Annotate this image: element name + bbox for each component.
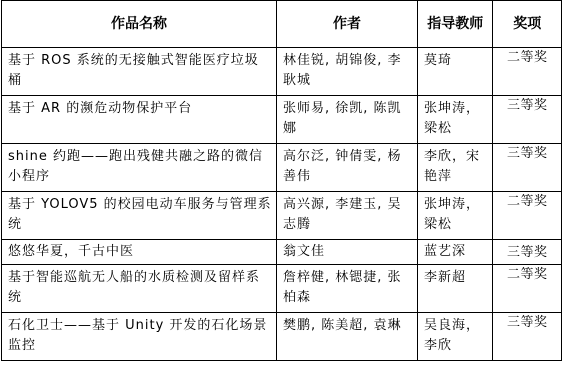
advisors-text: 张坤涛，梁松: [418, 96, 493, 139]
table-row: shine 约跑——跑出残健共融之路的微信小程序 高尔泛, 钟倩雯, 杨善伟 李…: [2, 144, 562, 192]
award-text: 三等奖: [493, 96, 561, 117]
authors-text: 樊鹏, 陈美超, 袁琳: [277, 313, 417, 336]
cell-award: 三等奖: [493, 144, 562, 192]
header-title: 作品名称: [2, 1, 277, 48]
header-authors: 作者: [276, 1, 417, 48]
cell-advisors: 莫琦: [417, 48, 493, 96]
cell-advisors: 张坤涛，梁松: [417, 96, 493, 144]
table-row: 基于 YOLOV5 的校园电动车服务与管理系统 高兴源, 李建玉, 吴志腾 张坤…: [2, 192, 562, 240]
cell-title: 基于智能巡航无人船的水质检测及留样系统: [2, 265, 277, 313]
award-text: 二等奖: [493, 192, 561, 213]
award-text: 三等奖: [493, 313, 561, 334]
cell-advisors: 吴良海，李欣: [417, 313, 493, 361]
authors-text: 翁文佳: [277, 240, 417, 262]
cell-authors: 樊鹏, 陈美超, 袁琳: [276, 313, 417, 361]
title-text: 基于 YOLOV5 的校园电动车服务与管理系统: [2, 192, 276, 235]
award-text: 二等奖: [493, 48, 561, 69]
cell-title: 基于 AR 的濒危动物保护平台: [2, 96, 277, 144]
header-row: 作品名称 作者 指导教师 奖项: [2, 1, 562, 48]
title-text: 基于智能巡航无人船的水质检测及留样系统: [2, 265, 276, 308]
cell-authors: 高尔泛, 钟倩雯, 杨善伟: [276, 144, 417, 192]
title-text: 石化卫士——基于 Unity 开发的石化场景监控: [2, 313, 276, 356]
cell-advisors: 李欣，宋艳萍: [417, 144, 493, 192]
cell-award: 二等奖: [493, 265, 562, 313]
advisors-text: 莫琦: [418, 48, 493, 71]
award-text: 二等奖: [493, 265, 561, 286]
table-row: 基于 ROS 系统的无接触式智能医疗垃圾桶 林佳锐, 胡锦俊, 李耿城 莫琦 二…: [2, 48, 562, 96]
advisors-text: 李欣，宋艳萍: [418, 144, 493, 187]
title-text: shine 约跑——跑出残健共融之路的微信小程序: [2, 144, 276, 187]
award-text: 三等奖: [493, 241, 561, 264]
advisors-text: 李新超: [418, 265, 493, 288]
cell-authors: 张师易, 徐凯, 陈凯娜: [276, 96, 417, 144]
cell-advisors: 李新超: [417, 265, 493, 313]
header-award: 奖项: [493, 1, 562, 48]
cell-award: 三等奖: [493, 240, 562, 265]
advisors-text: 蓝艺深: [418, 240, 493, 262]
advisors-text: 吴良海，李欣: [418, 313, 493, 356]
authors-text: 詹梓健, 林锶捷, 张柏森: [277, 265, 417, 308]
authors-text: 高尔泛, 钟倩雯, 杨善伟: [277, 144, 417, 187]
authors-text: 高兴源, 李建玉, 吴志腾: [277, 192, 417, 235]
cell-authors: 翁文佳: [276, 240, 417, 265]
title-text: 基于 AR 的濒危动物保护平台: [2, 96, 276, 119]
cell-award: 二等奖: [493, 192, 562, 240]
award-text: 三等奖: [493, 144, 561, 165]
authors-text: 张师易, 徐凯, 陈凯娜: [277, 96, 417, 139]
authors-text: 林佳锐, 胡锦俊, 李耿城: [277, 48, 417, 91]
table-row: 基于智能巡航无人船的水质检测及留样系统 詹梓健, 林锶捷, 张柏森 李新超 二等…: [2, 265, 562, 313]
cell-authors: 高兴源, 李建玉, 吴志腾: [276, 192, 417, 240]
cell-advisors: 蓝艺深: [417, 240, 493, 265]
title-text: 基于 ROS 系统的无接触式智能医疗垃圾桶: [2, 48, 276, 91]
awards-table: 作品名称 作者 指导教师 奖项 基于 ROS 系统的无接触式智能医疗垃圾桶 林佳…: [1, 0, 562, 361]
header-advisors: 指导教师: [417, 1, 493, 48]
cell-title: 基于 YOLOV5 的校园电动车服务与管理系统: [2, 192, 277, 240]
cell-title: 基于 ROS 系统的无接触式智能医疗垃圾桶: [2, 48, 277, 96]
table-row: 石化卫士——基于 Unity 开发的石化场景监控 樊鹏, 陈美超, 袁琳 吴良海…: [2, 313, 562, 361]
cell-title: 悠悠华夏，千古中医: [2, 240, 277, 265]
cell-award: 三等奖: [493, 96, 562, 144]
title-text: 悠悠华夏，千古中医: [2, 240, 276, 262]
cell-advisors: 张坤涛，梁松: [417, 192, 493, 240]
cell-title: shine 约跑——跑出残健共融之路的微信小程序: [2, 144, 277, 192]
cell-award: 二等奖: [493, 48, 562, 96]
advisors-text: 张坤涛，梁松: [418, 192, 493, 235]
cell-title: 石化卫士——基于 Unity 开发的石化场景监控: [2, 313, 277, 361]
table-row: 基于 AR 的濒危动物保护平台 张师易, 徐凯, 陈凯娜 张坤涛，梁松 三等奖: [2, 96, 562, 144]
cell-authors: 林佳锐, 胡锦俊, 李耿城: [276, 48, 417, 96]
table-row: 悠悠华夏，千古中医 翁文佳 蓝艺深 三等奖: [2, 240, 562, 265]
cell-award: 三等奖: [493, 313, 562, 361]
cell-authors: 詹梓健, 林锶捷, 张柏森: [276, 265, 417, 313]
